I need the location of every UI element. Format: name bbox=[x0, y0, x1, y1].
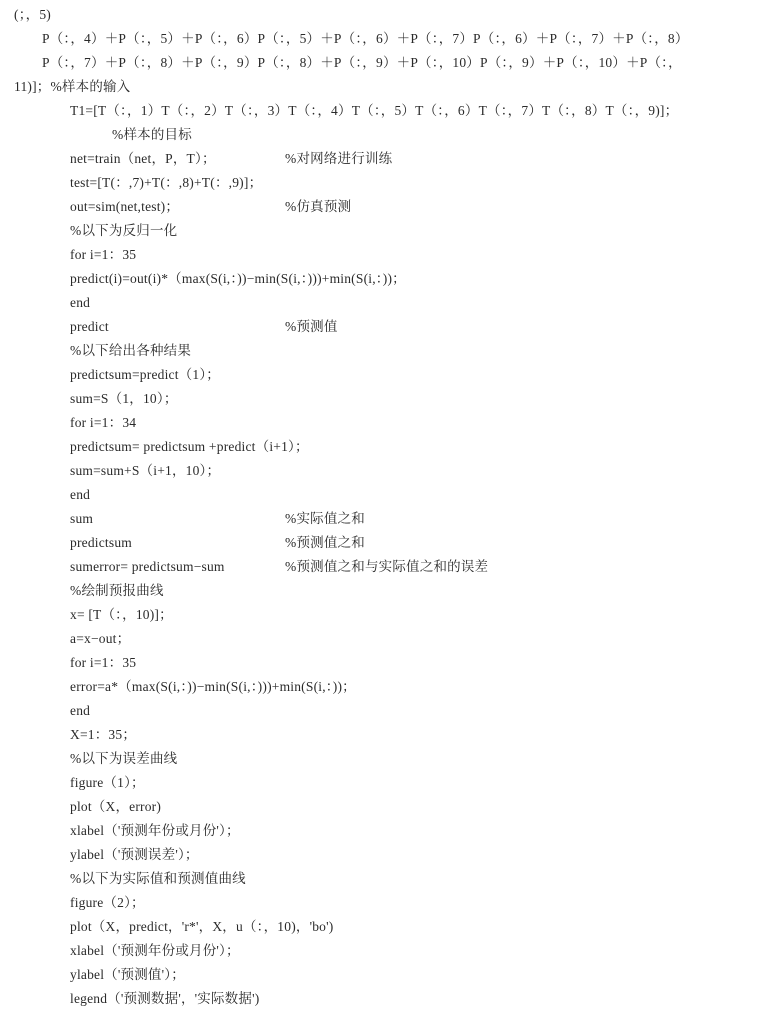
code-line: X=1：35； bbox=[70, 725, 84, 745]
code-line: out=sim(net,test)； %仿真预测 bbox=[70, 197, 770, 217]
comment-text: %以下为反归一化 bbox=[70, 221, 177, 241]
code-text: for i=1：35 bbox=[70, 653, 136, 673]
code-line: figure（1）； bbox=[70, 773, 84, 793]
code-text: sumerror= predictsum−sum bbox=[70, 557, 225, 577]
code-text: for i=1：35 bbox=[70, 245, 136, 265]
code-comment-line: %以下为实际值和预测值曲线 bbox=[70, 869, 84, 889]
code-text: predictsum=predict（1）； bbox=[70, 365, 220, 385]
code-line: end bbox=[70, 485, 84, 505]
code-text: figure（1）； bbox=[70, 773, 145, 793]
code-line: xlabel（'预测年份或月份'）； bbox=[70, 821, 84, 841]
code-line: ylabel（'预测误差'）； bbox=[70, 845, 84, 865]
code-line: figure（2）； bbox=[70, 893, 84, 913]
code-comment-line: %以下为反归一化 bbox=[70, 221, 84, 241]
comment-text: %以下给出各种结果 bbox=[70, 341, 191, 361]
comment-text: %以下为实际值和预测值曲线 bbox=[70, 869, 246, 889]
comment-text: %以下为误差曲线 bbox=[70, 749, 177, 769]
code-line: net=train（net，P，T）； %对网络进行训练 bbox=[70, 149, 770, 169]
inline-comment: %实际值之和 bbox=[285, 509, 365, 529]
code-line: x= [T（：，10)]； bbox=[70, 605, 84, 625]
code-text: out=sim(net,test)； bbox=[70, 197, 179, 217]
code-text: net=train（net，P，T）； bbox=[70, 149, 216, 169]
code-text: 11)]；%样本的输入 bbox=[14, 77, 130, 97]
code-line: sum %实际值之和 bbox=[70, 509, 770, 529]
code-text: a=x−out； bbox=[70, 629, 130, 649]
code-text: plot（X，predict，'r*'，X，u（：，10)，'bo') bbox=[70, 917, 333, 937]
code-text: (；，5) bbox=[14, 5, 51, 25]
code-line: for i=1：34 bbox=[70, 413, 84, 433]
code-text: xlabel（'预测年份或月份'）； bbox=[70, 941, 240, 961]
code-text: sum=S（1，10）； bbox=[70, 389, 178, 409]
code-line: predictsum=predict（1）； bbox=[70, 365, 84, 385]
inline-comment: %对网络进行训练 bbox=[285, 149, 392, 169]
inline-comment: %预测值之和 bbox=[285, 533, 365, 553]
code-line: P（：，4）＋P（：，5）＋P（：，6）P（：，5）＋P（：，6）＋P（：，7）… bbox=[42, 29, 56, 49]
code-line: predictsum %预测值之和 bbox=[70, 533, 770, 553]
inline-comment: %仿真预测 bbox=[285, 197, 351, 217]
code-line: sum=sum+S（i+1，10）； bbox=[70, 461, 84, 481]
code-line: legend（'预测数据'，'实际数据') bbox=[70, 989, 84, 1009]
code-text: figure（2）； bbox=[70, 893, 145, 913]
code-text: sum bbox=[70, 509, 93, 529]
code-comment-line: %绘制预报曲线 bbox=[70, 581, 84, 601]
code-text: predictsum bbox=[70, 533, 132, 553]
inline-comment: %预测值之和与实际值之和的误差 bbox=[285, 557, 488, 577]
code-text: ylabel（'预测误差'）； bbox=[70, 845, 199, 865]
code-line: plot（X，predict，'r*'，X，u（：，10)，'bo') bbox=[70, 917, 84, 937]
code-line: 11)]；%样本的输入 bbox=[14, 77, 28, 97]
inline-comment: %预测值 bbox=[285, 317, 338, 337]
code-text: test=[T(：,7)+T(：,8)+T(：,9)]； bbox=[70, 173, 262, 193]
code-text: error=a*（max(S(i,：))−min(S(i,：)))+min(S(… bbox=[70, 677, 356, 697]
code-line: error=a*（max(S(i,：))−min(S(i,：)))+min(S(… bbox=[70, 677, 84, 697]
code-text: xlabel（'预测年份或月份'）； bbox=[70, 821, 240, 841]
code-text: plot（X，error) bbox=[70, 797, 161, 817]
code-text: end bbox=[70, 485, 90, 505]
code-line: plot（X，error) bbox=[70, 797, 84, 817]
code-listing-page: (；，5) P（：，4）＋P（：，5）＋P（：，6）P（：，5）＋P（：，6）＋… bbox=[0, 0, 771, 1016]
code-text: P（：，7）＋P（：，8）＋P（：，9）P（：，8）＋P（：，9）＋P（：，10… bbox=[42, 53, 682, 73]
code-line: xlabel（'预测年份或月份'）； bbox=[70, 941, 84, 961]
code-line: P（：，7）＋P（：，8）＋P（：，9）P（：，8）＋P（：，9）＋P（：，10… bbox=[42, 53, 56, 73]
code-text: T1=[T（：，1）T（：，2）T（：，3）T（：，4）T（：，5）T（：，6）… bbox=[70, 101, 678, 121]
code-line: sum=S（1，10）； bbox=[70, 389, 84, 409]
code-line: ylabel（'预测值'）； bbox=[70, 965, 84, 985]
code-text: predict bbox=[70, 317, 109, 337]
code-text: x= [T（：，10)]； bbox=[70, 605, 173, 625]
code-line: test=[T(：,7)+T(：,8)+T(：,9)]； bbox=[70, 173, 84, 193]
code-text: X=1：35； bbox=[70, 725, 136, 745]
code-text: end bbox=[70, 701, 90, 721]
code-line: for i=1：35 bbox=[70, 653, 84, 673]
code-line: for i=1：35 bbox=[70, 245, 84, 265]
code-line: (；，5) bbox=[14, 5, 28, 25]
code-text: sum=sum+S（i+1，10）； bbox=[70, 461, 220, 481]
code-comment-line: %以下为误差曲线 bbox=[70, 749, 84, 769]
code-line: T1=[T（：，1）T（：，2）T（：，3）T（：，4）T（：，5）T（：，6）… bbox=[70, 101, 84, 121]
code-line: predictsum= predictsum +predict（i+1）； bbox=[70, 437, 84, 457]
code-text: predict(i)=out(i)*（max(S(i,：))−min(S(i,：… bbox=[70, 269, 406, 289]
code-text: for i=1：34 bbox=[70, 413, 136, 433]
comment-text: %样本的目标 bbox=[112, 125, 192, 145]
comment-text: %绘制预报曲线 bbox=[70, 581, 164, 601]
code-text: end bbox=[70, 293, 90, 313]
code-comment-line: %以下给出各种结果 bbox=[70, 341, 84, 361]
code-line: sumerror= predictsum−sum %预测值之和与实际值之和的误差 bbox=[70, 557, 770, 577]
code-text: legend（'预测数据'，'实际数据') bbox=[70, 989, 259, 1009]
code-line: end bbox=[70, 293, 84, 313]
code-line: end bbox=[70, 701, 84, 721]
code-line: predict(i)=out(i)*（max(S(i,：))−min(S(i,：… bbox=[70, 269, 84, 289]
code-comment-line: %样本的目标 bbox=[112, 125, 126, 145]
code-text: P（：，4）＋P（：，5）＋P（：，6）P（：，5）＋P（：，6）＋P（：，7）… bbox=[42, 29, 689, 49]
code-line: a=x−out； bbox=[70, 629, 84, 649]
code-line: predict %预测值 bbox=[70, 317, 770, 337]
code-text: ylabel（'预测值'）； bbox=[70, 965, 185, 985]
code-text: predictsum= predictsum +predict（i+1）； bbox=[70, 437, 309, 457]
